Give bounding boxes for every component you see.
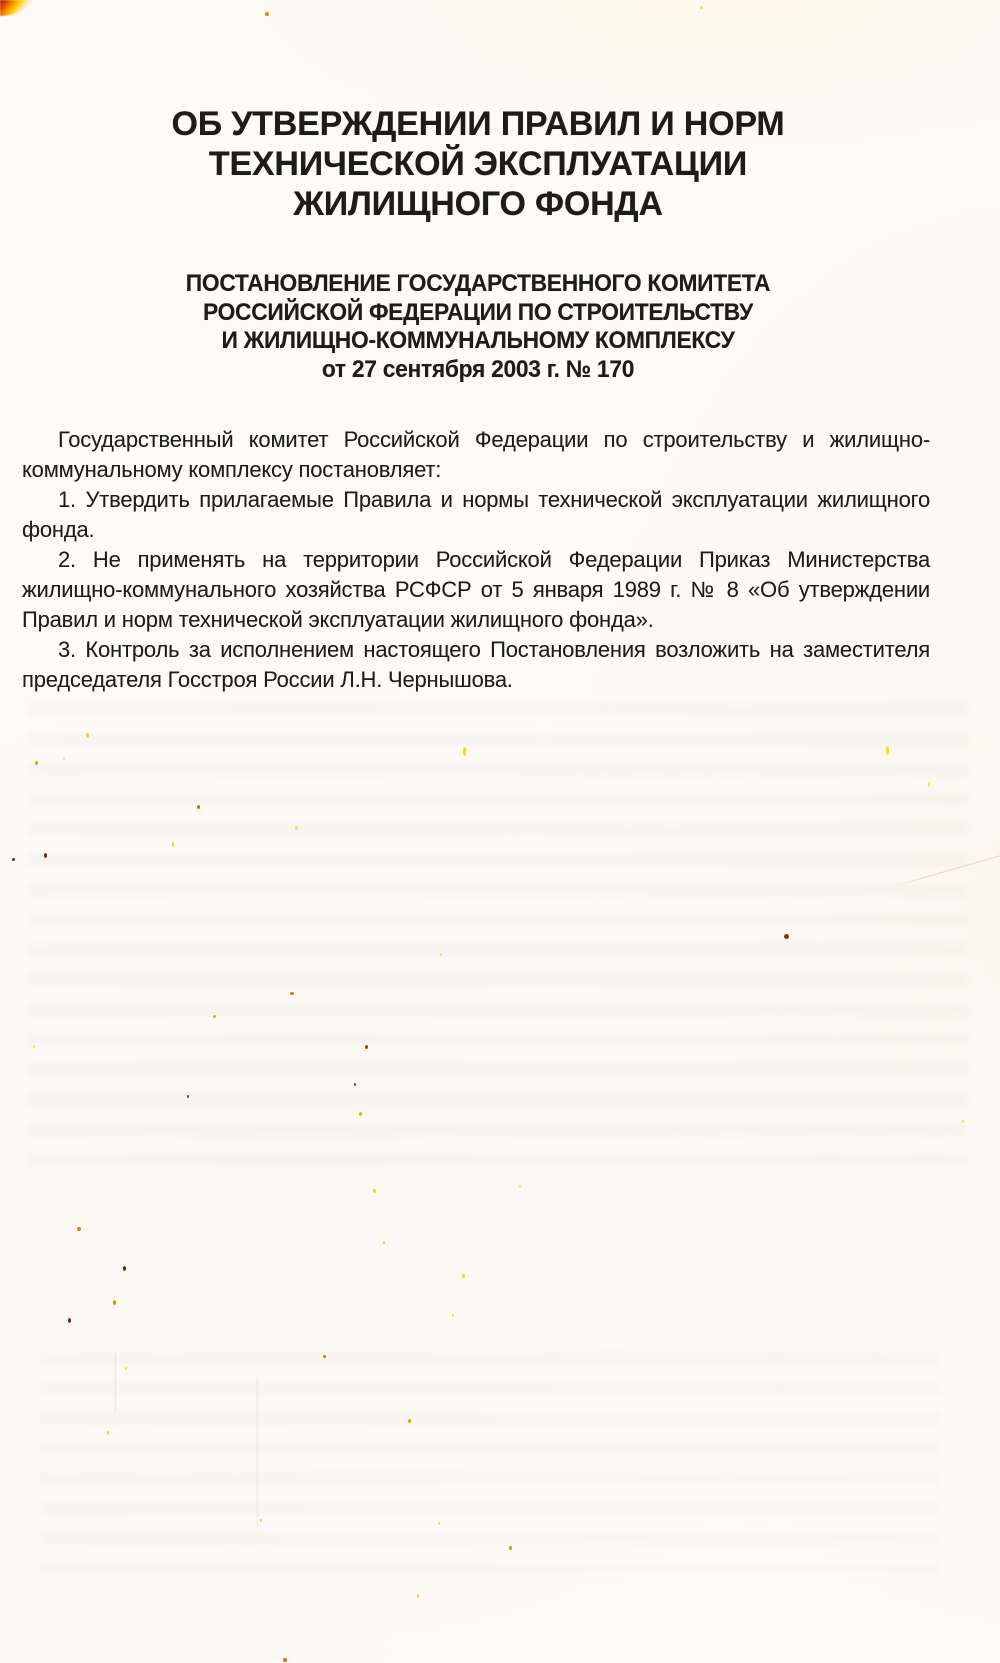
- scan-speck: [12, 858, 15, 861]
- bleed-through-ghost-upper: [28, 703, 968, 1173]
- scan-corner-artifact: [0, 0, 30, 16]
- scan-speck: [77, 1227, 81, 1231]
- paragraph-3: 2. Не применять на территории Российской…: [22, 545, 930, 635]
- scan-speck: [408, 1419, 411, 1423]
- scan-speck: [440, 953, 442, 956]
- scan-speck: [44, 853, 47, 858]
- scan-speck: [260, 1519, 262, 1522]
- subtitle-line-3: И ЖИЛИЩНО-КОММУНАЛЬНОМУ КОМПЛЕКСУ: [45, 327, 911, 356]
- scan-speck: [35, 761, 38, 765]
- scan-speck: [123, 1266, 126, 1271]
- scan-speck: [33, 1045, 35, 1048]
- scan-speck: [962, 1120, 964, 1123]
- scan-speck: [438, 1522, 440, 1525]
- document-title: ОБ УТВЕРЖДЕНИИ ПРАВИЛ И НОРМ ТЕХНИЧЕСКОЙ…: [22, 104, 934, 224]
- scan-speck: [509, 1546, 512, 1550]
- scan-speck: [462, 1274, 465, 1278]
- scan-speck: [452, 1314, 454, 1317]
- scan-speck: [197, 805, 200, 809]
- scan-speck: [125, 1367, 127, 1370]
- document-body: Государственный комитет Российской Федер…: [22, 425, 930, 695]
- scan-speck: [323, 1355, 326, 1358]
- document-subtitle: ПОСТАНОВЛЕНИЕ ГОСУДАРСТВЕННОГО КОМИТЕТА …: [45, 270, 911, 384]
- title-line-2: ТЕХНИЧЕСКОЙ ЭКСПЛУАТАЦИИ: [22, 144, 934, 184]
- subtitle-line-1: ПОСТАНОВЛЕНИЕ ГОСУДАРСТВЕННОГО КОМИТЕТА: [45, 270, 911, 299]
- scan-speck: [886, 746, 889, 755]
- scan-speck: [928, 782, 930, 787]
- paragraph-2: 1. Утвердить прилагаемые Правила и нормы…: [22, 485, 930, 545]
- scan-speck: [68, 1318, 71, 1323]
- scan-speck: [784, 934, 789, 939]
- scan-speck: [172, 842, 174, 847]
- scan-speck: [107, 1431, 109, 1435]
- title-line-1: ОБ УТВЕРЖДЕНИИ ПРАВИЛ И НОРМ: [22, 104, 934, 144]
- scan-speck: [519, 1185, 521, 1188]
- crease-hairline: [257, 1378, 258, 1528]
- scan-speck: [359, 1112, 362, 1116]
- scan-speck: [187, 1095, 189, 1098]
- scan-speck: [417, 1594, 419, 1598]
- scan-speck: [63, 757, 65, 760]
- paragraph-1: Государственный комитет Российской Федер…: [22, 425, 930, 485]
- scan-speck: [373, 1189, 376, 1193]
- paragraph-4: 3. Контроль за исполнением настоящего По…: [22, 635, 930, 695]
- subtitle-date-line: от 27 сентября 2003 г. № 170: [45, 356, 911, 385]
- title-line-3: ЖИЛИЩНОГО ФОНДА: [22, 184, 934, 224]
- subtitle-line-2: РОССИЙСКОЙ ФЕДЕРАЦИИ ПО СТРОИТЕЛЬСТВУ: [45, 299, 911, 328]
- scan-speck: [463, 747, 466, 756]
- scan-speck: [283, 1658, 287, 1662]
- scan-speck: [365, 1045, 368, 1049]
- bleed-through-ghost-lower: [40, 1352, 940, 1582]
- scan-speck: [383, 1241, 385, 1244]
- scan-speck: [113, 1300, 116, 1305]
- scan-speck: [290, 992, 294, 995]
- scan-speck: [86, 733, 89, 738]
- scan-speck: [265, 12, 269, 16]
- crease-hairline: [115, 1352, 116, 1414]
- scanned-page: ОБ УТВЕРЖДЕНИИ ПРАВИЛ И НОРМ ТЕХНИЧЕСКОЙ…: [0, 0, 1000, 1663]
- scan-speck: [700, 6, 703, 9]
- scan-speck: [295, 826, 298, 830]
- scan-speck: [354, 1083, 356, 1086]
- scan-speck: [213, 1015, 216, 1018]
